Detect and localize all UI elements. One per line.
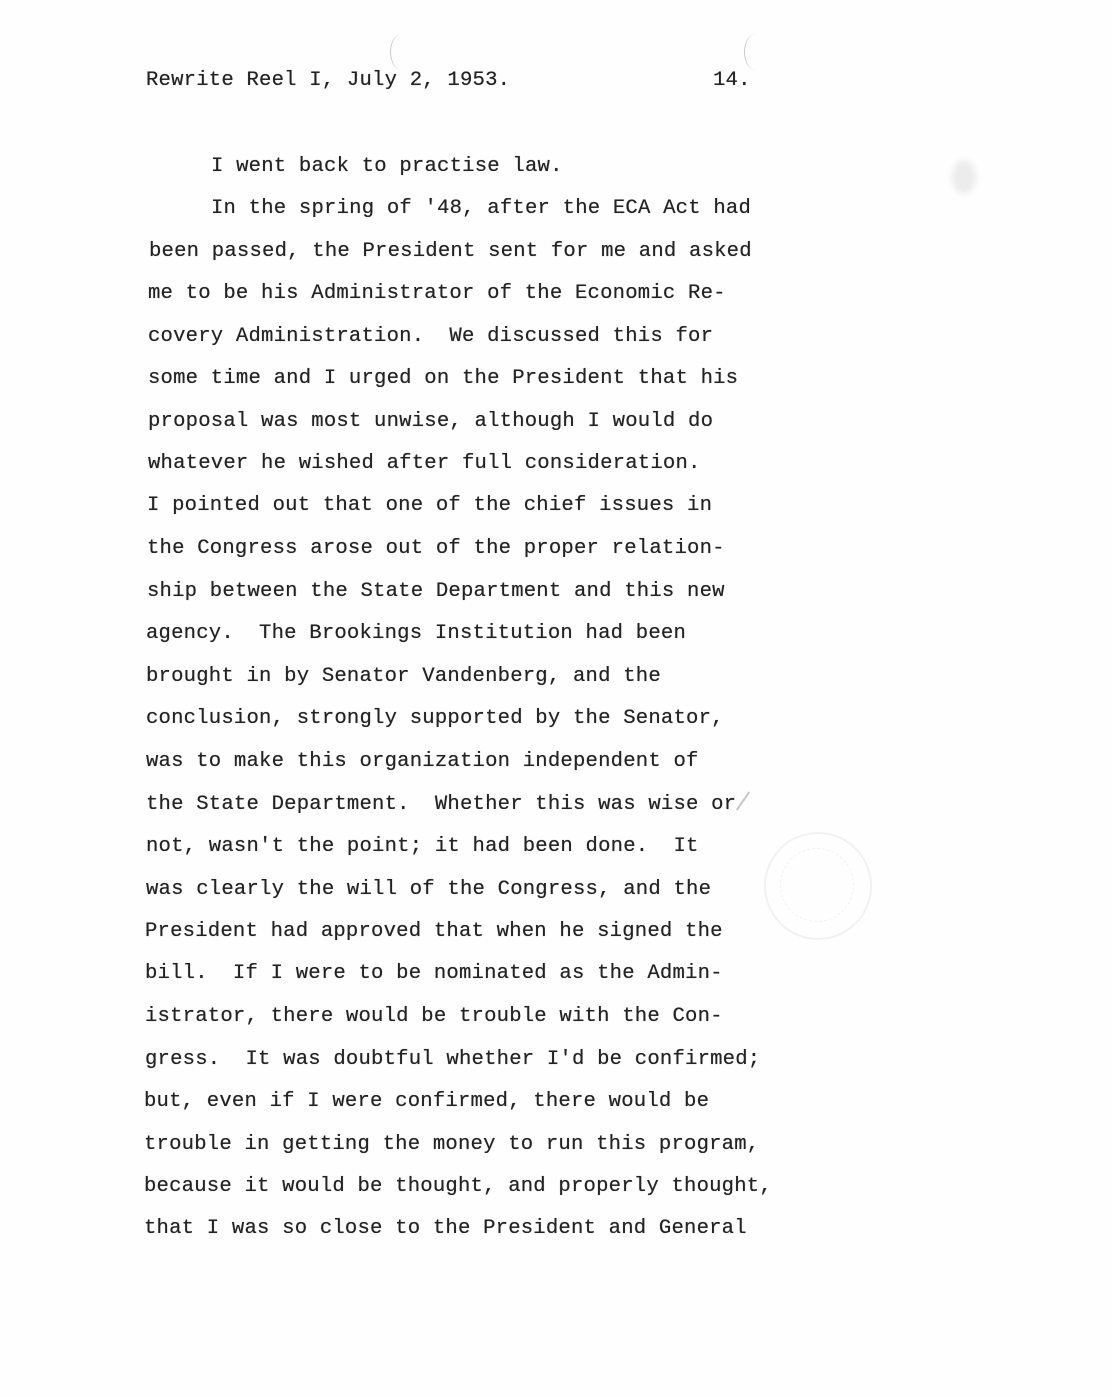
text-line: agency. The Brookings Institution had be… — [146, 624, 686, 645]
text-line: istrator, there would be trouble with th… — [145, 1007, 723, 1028]
pencil-mark — [736, 791, 750, 810]
text-line: brought in by Senator Vandenberg, and th… — [146, 667, 661, 688]
archive-stamp — [764, 832, 872, 940]
text-line: bill. If I were to be nominated as the A… — [145, 964, 723, 985]
document-header-title: Rewrite Reel I, July 2, 1953. — [146, 71, 510, 92]
text-line: not, wasn't the point; it had been done.… — [146, 837, 699, 858]
typewritten-page: Rewrite Reel I, July 2, 1953. 14. I went… — [0, 0, 1112, 1396]
text-line: proposal was most unwise, although I wou… — [148, 412, 713, 433]
punch-hole-mark — [390, 34, 413, 70]
text-line: gress. It was doubtful whether I'd be co… — [145, 1050, 760, 1071]
text-line: me to be his Administrator of the Econom… — [148, 284, 726, 305]
text-line: was to make this organization independen… — [146, 752, 699, 773]
paper-smudge — [952, 160, 976, 194]
text-line: because it would be thought, and properl… — [144, 1177, 772, 1198]
text-line: trouble in getting the money to run this… — [144, 1135, 759, 1156]
text-line: but, even if I were confirmed, there wou… — [144, 1092, 709, 1113]
text-line: ship between the State Department and th… — [147, 582, 725, 603]
text-line: I went back to practise law. — [211, 157, 563, 178]
text-line: some time and I urged on the President t… — [148, 369, 738, 390]
text-line: that I was so close to the President and… — [144, 1219, 747, 1240]
text-line: the Congress arose out of the proper rel… — [147, 539, 725, 560]
text-line: President had approved that when he sign… — [145, 922, 723, 943]
text-line: the State Department. Whether this was w… — [146, 795, 736, 816]
text-line: I pointed out that one of the chief issu… — [147, 496, 712, 517]
text-line: whatever he wished after full considerat… — [148, 454, 701, 475]
text-line: conclusion, strongly supported by the Se… — [146, 709, 724, 730]
page-number: 14. — [713, 71, 751, 92]
text-line: was clearly the will of the Congress, an… — [146, 880, 711, 901]
archive-stamp-inner — [780, 848, 854, 922]
text-line: covery Administration. We discussed this… — [148, 327, 713, 348]
text-line: been passed, the President sent for me a… — [149, 242, 752, 263]
punch-hole-mark — [744, 34, 767, 70]
text-line: In the spring of '48, after the ECA Act … — [211, 199, 751, 220]
